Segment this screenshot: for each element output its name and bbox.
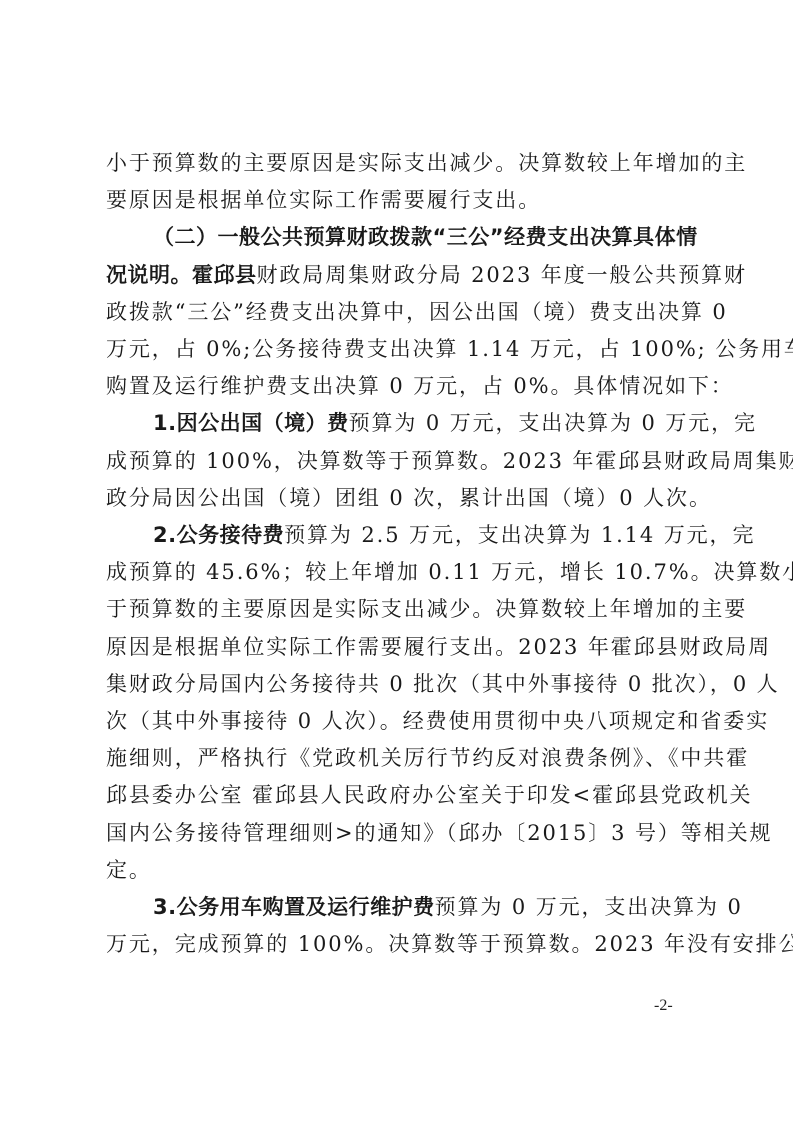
text-line: 国内公务接待管理细则>的通知》（邱办〔2015〕3 号）等相关规 xyxy=(106,815,692,852)
document-page: 小于预算数的主要原因是实际支出减少。决算数较上年增加的主 要原因是根据单位实际工… xyxy=(0,0,793,1122)
paragraph-continuation: 小于预算数的主要原因是实际支出减少。决算数较上年增加的主 要原因是根据单位实际工… xyxy=(106,145,692,219)
text-line: 万元，完成预算的 100%。决算数等于预算数。2023 年没有安排公 xyxy=(106,926,692,963)
text-line: 1.因公出国（境）费预算为 0 万元，支出决算为 0 万元，完 xyxy=(106,405,692,442)
paragraph-item-1: 1.因公出国（境）费预算为 0 万元，支出决算为 0 万元，完 成预算的 100… xyxy=(106,405,692,517)
text-run: 预算为 0 万元，支出决算为 0 xyxy=(435,895,743,919)
text-line: （二）一般公共预算财政拨款“三公”经费支出决算具体情 xyxy=(106,219,692,256)
text-line: 要原因是根据单位实际工作需要履行支出。 xyxy=(106,182,692,219)
section-heading-cont: 况说明。霍邱县 xyxy=(106,263,257,287)
text-line: 成预算的 100%，决算数等于预算数。2023 年霍邱县财政局周集财 xyxy=(106,443,692,480)
text-line: 集财政分局国内公务接待共 0 批次（其中外事接待 0 批次），0 人 xyxy=(106,666,692,703)
text-line: 成预算的 45.6%；较上年增加 0.11 万元，增长 10.7%。决算数小 xyxy=(106,554,692,591)
section-heading: （二）一般公共预算财政拨款“三公”经费支出决算具体情 xyxy=(153,225,698,249)
text-run: 财政局周集财政分局 2023 年度一般公共预算财 xyxy=(257,263,747,287)
paragraph-item-2: 2.公务接待费预算为 2.5 万元，支出决算为 1.14 万元，完 成预算的 4… xyxy=(106,517,692,889)
document-body: 小于预算数的主要原因是实际支出减少。决算数较上年增加的主 要原因是根据单位实际工… xyxy=(106,145,692,963)
text-line: 3.公务用车购置及运行维护费预算为 0 万元，支出决算为 0 xyxy=(106,889,692,926)
text-line: 定。 xyxy=(106,852,692,889)
text-line: 万元，占 0%;公务接待费支出决算 1.14 万元，占 100%; 公务用车 xyxy=(106,331,692,368)
text-line: 2.公务接待费预算为 2.5 万元，支出决算为 1.14 万元，完 xyxy=(106,517,692,554)
paragraph-item-3: 3.公务用车购置及运行维护费预算为 0 万元，支出决算为 0 万元，完成预算的 … xyxy=(106,889,692,963)
text-line: 次（其中外事接待 0 人次）。经费使用贯彻中央八项规定和省委实 xyxy=(106,703,692,740)
text-line: 小于预算数的主要原因是实际支出减少。决算数较上年增加的主 xyxy=(106,145,692,182)
text-line: 况说明。霍邱县财政局周集财政分局 2023 年度一般公共预算财 xyxy=(106,257,692,294)
text-run: 预算为 0 万元，支出决算为 0 万元，完 xyxy=(349,411,757,435)
text-line: 邱县委办公室 霍邱县人民政府办公室关于印发<霍邱县党政机关 xyxy=(106,777,692,814)
text-run: 预算为 2.5 万元，支出决算为 1.14 万元，完 xyxy=(284,523,755,547)
text-line: 政拨款“三公”经费支出决算中，因公出国（境）费支出决算 0 xyxy=(106,294,692,331)
item-heading: 3.公务用车购置及运行维护费 xyxy=(153,895,435,919)
paragraph-section-2: （二）一般公共预算财政拨款“三公”经费支出决算具体情 况说明。霍邱县财政局周集财… xyxy=(106,219,692,405)
item-heading: 2.公务接待费 xyxy=(153,523,284,547)
page-number: -2- xyxy=(654,997,673,1015)
text-line: 购置及运行维护费支出决算 0 万元，占 0%。具体情况如下： xyxy=(106,368,692,405)
text-line: 于预算数的主要原因是实际支出减少。决算数较上年增加的主要 xyxy=(106,591,692,628)
item-heading: 1.因公出国（境）费 xyxy=(153,411,349,435)
text-line: 原因是根据单位实际工作需要履行支出。2023 年霍邱县财政局周 xyxy=(106,629,692,666)
text-line: 政分局因公出国（境）团组 0 次，累计出国（境）0 人次。 xyxy=(106,480,692,517)
text-line: 施细则，严格执行《党政机关厉行节约反对浪费条例》、《中共霍 xyxy=(106,740,692,777)
